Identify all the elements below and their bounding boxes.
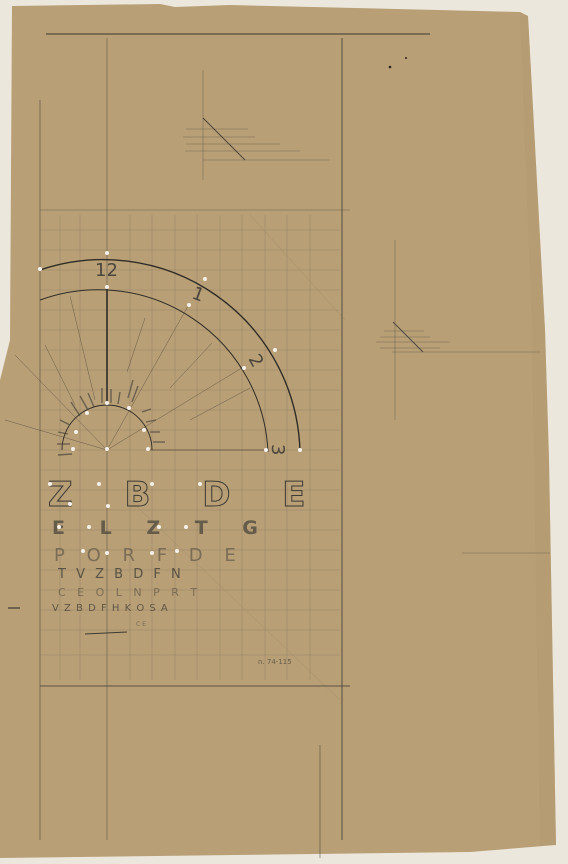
numeral-12: 12 [95,260,118,281]
paper [0,4,556,858]
numeral-3: 3 [267,444,288,455]
eye-chart-row-6: V Z B D F H K O S A [52,603,169,614]
eye-chart-row-3: P O R F D E [54,545,244,566]
drawing-sheet: 12 1 2 3 Z B D E E L Z T G P O R F D E T… [0,0,568,864]
eye-chart-row-1: Z B D E [48,475,326,515]
eye-chart-row-4: T V Z B D F N [57,567,184,582]
signature: n. 74-115 [258,658,292,666]
eye-chart-row-7: C E [136,621,146,628]
drawing-canvas: 12 1 2 3 Z B D E E L Z T G P O R F D E T… [0,0,568,864]
eye-chart-row-2: E L Z T G [52,517,272,539]
eye-chart-row-5: C E O L N P R T [58,586,201,599]
